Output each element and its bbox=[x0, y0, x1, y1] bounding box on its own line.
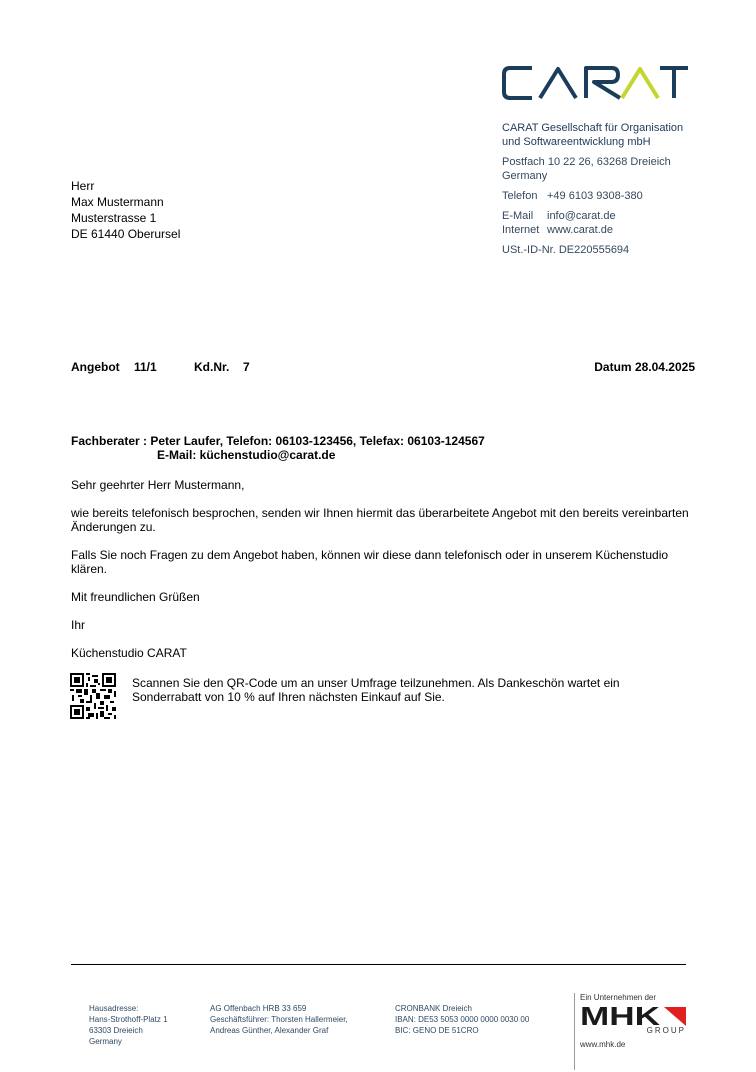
recipient-address: Herr Max Mustermann Musterstrasse 1 DE 6… bbox=[71, 178, 180, 242]
recipient-city: DE 61440 Oberursel bbox=[71, 226, 180, 242]
vat-id: USt.-ID-Nr. DE220555694 bbox=[502, 243, 683, 257]
advisor-email: E-Mail: küchenstudio@carat.de bbox=[71, 448, 485, 462]
offer-number: 11/1 bbox=[134, 360, 194, 374]
company-web[interactable]: www.carat.de bbox=[547, 224, 613, 236]
mhk-url[interactable]: www.mhk.de bbox=[580, 1040, 690, 1050]
company-name-1: CARAT Gesellschaft für Organisation bbox=[502, 121, 683, 135]
customer-number: 7 bbox=[243, 360, 250, 374]
footer-text: AG Offenbach HRB 33 659 bbox=[210, 1003, 348, 1014]
company-email[interactable]: info@carat.de bbox=[547, 210, 616, 222]
carat-logo bbox=[500, 64, 690, 104]
footer-text: Andreas Günther, Alexander Graf bbox=[210, 1025, 348, 1036]
offer-header: Angebot11/1Kd.Nr.7 bbox=[71, 360, 250, 374]
svg-text:GROUP: GROUP bbox=[647, 1026, 686, 1033]
company-email-row: E-Mailinfo@carat.de bbox=[502, 209, 683, 223]
footer-text: IBAN: DE53 5053 0000 0000 0030 00 bbox=[395, 1014, 529, 1025]
footer-text: Geschäftsführer: Thorsten Hallermeier, bbox=[210, 1014, 348, 1025]
postal-address-1: Postfach 10 22 26, 63268 Dreieich bbox=[502, 155, 683, 169]
closing: Mit freundlichen Grüßen bbox=[71, 590, 691, 604]
paragraph-2: Falls Sie noch Fragen zu dem Angebot hab… bbox=[71, 548, 691, 576]
signature: Küchenstudio CARAT bbox=[71, 646, 691, 660]
footer-bank: CRONBANK Dreieich IBAN: DE53 5053 0000 0… bbox=[395, 1003, 529, 1036]
offer-date: Datum 28.04.2025 bbox=[594, 360, 695, 374]
company-name-2: und Softwareentwicklung mbH bbox=[502, 135, 683, 149]
recipient-name: Max Mustermann bbox=[71, 194, 180, 210]
footer-text: Hausadresse: bbox=[89, 1003, 168, 1014]
date-label: Datum bbox=[594, 360, 631, 374]
footer-text: CRONBANK Dreieich bbox=[395, 1003, 529, 1014]
email-label: E-Mail bbox=[502, 209, 547, 223]
postal-address-2: Germany bbox=[502, 169, 683, 183]
footer-text: Germany bbox=[89, 1036, 168, 1047]
footer-registration: AG Offenbach HRB 33 659 Geschäftsführer:… bbox=[210, 1003, 348, 1036]
offer-label: Angebot bbox=[71, 360, 134, 374]
greeting: Sehr geehrter Herr Mustermann, bbox=[71, 478, 691, 492]
advisor-details: : Peter Laufer, Telefon: 06103-123456, T… bbox=[143, 434, 485, 448]
footer-separator bbox=[574, 993, 575, 1070]
company-phone: +49 6103 9308-380 bbox=[547, 190, 643, 202]
advisor-block: Fachberater : Peter Laufer, Telefon: 061… bbox=[71, 434, 485, 462]
closing-2: Ihr bbox=[71, 618, 691, 632]
mhk-group-block: Ein Unternehmen der MHK GROUP www.mhk.de bbox=[580, 993, 690, 1050]
company-info: CARAT Gesellschaft für Organisation und … bbox=[502, 121, 683, 257]
footer-house-address: Hausadresse: Hans-Strothoff-Platz 1 6330… bbox=[89, 1003, 168, 1047]
qr-code-icon[interactable] bbox=[70, 673, 116, 719]
footer-text: BIC: GENO DE 51CRO bbox=[395, 1025, 529, 1036]
advisor-label: Fachberater bbox=[71, 434, 140, 448]
footer-text: 63303 Dreieich bbox=[89, 1025, 168, 1036]
recipient-street: Musterstrasse 1 bbox=[71, 210, 180, 226]
web-label: Internet bbox=[502, 223, 547, 237]
letter-body: Sehr geehrter Herr Mustermann, wie berei… bbox=[71, 478, 691, 674]
recipient-salutation: Herr bbox=[71, 178, 180, 194]
advisor-row-1: Fachberater : Peter Laufer, Telefon: 061… bbox=[71, 434, 485, 448]
footer-text: Hans-Strothoff-Platz 1 bbox=[89, 1014, 168, 1025]
mhk-tagline: Ein Unternehmen der bbox=[580, 993, 690, 1003]
company-web-row: Internetwww.carat.de bbox=[502, 223, 683, 237]
customer-label: Kd.Nr. bbox=[194, 360, 243, 374]
footer-divider bbox=[71, 964, 686, 965]
survey-text: Scannen Sie den QR-Code um an unser Umfr… bbox=[132, 676, 692, 704]
date-value: 28.04.2025 bbox=[635, 360, 695, 374]
phone-label: Telefon bbox=[502, 189, 547, 203]
company-phone-row: Telefon+49 6103 9308-380 bbox=[502, 189, 683, 203]
paragraph-1: wie bereits telefonisch besprochen, send… bbox=[71, 506, 691, 534]
mhk-logo: MHK GROUP bbox=[580, 1003, 688, 1033]
